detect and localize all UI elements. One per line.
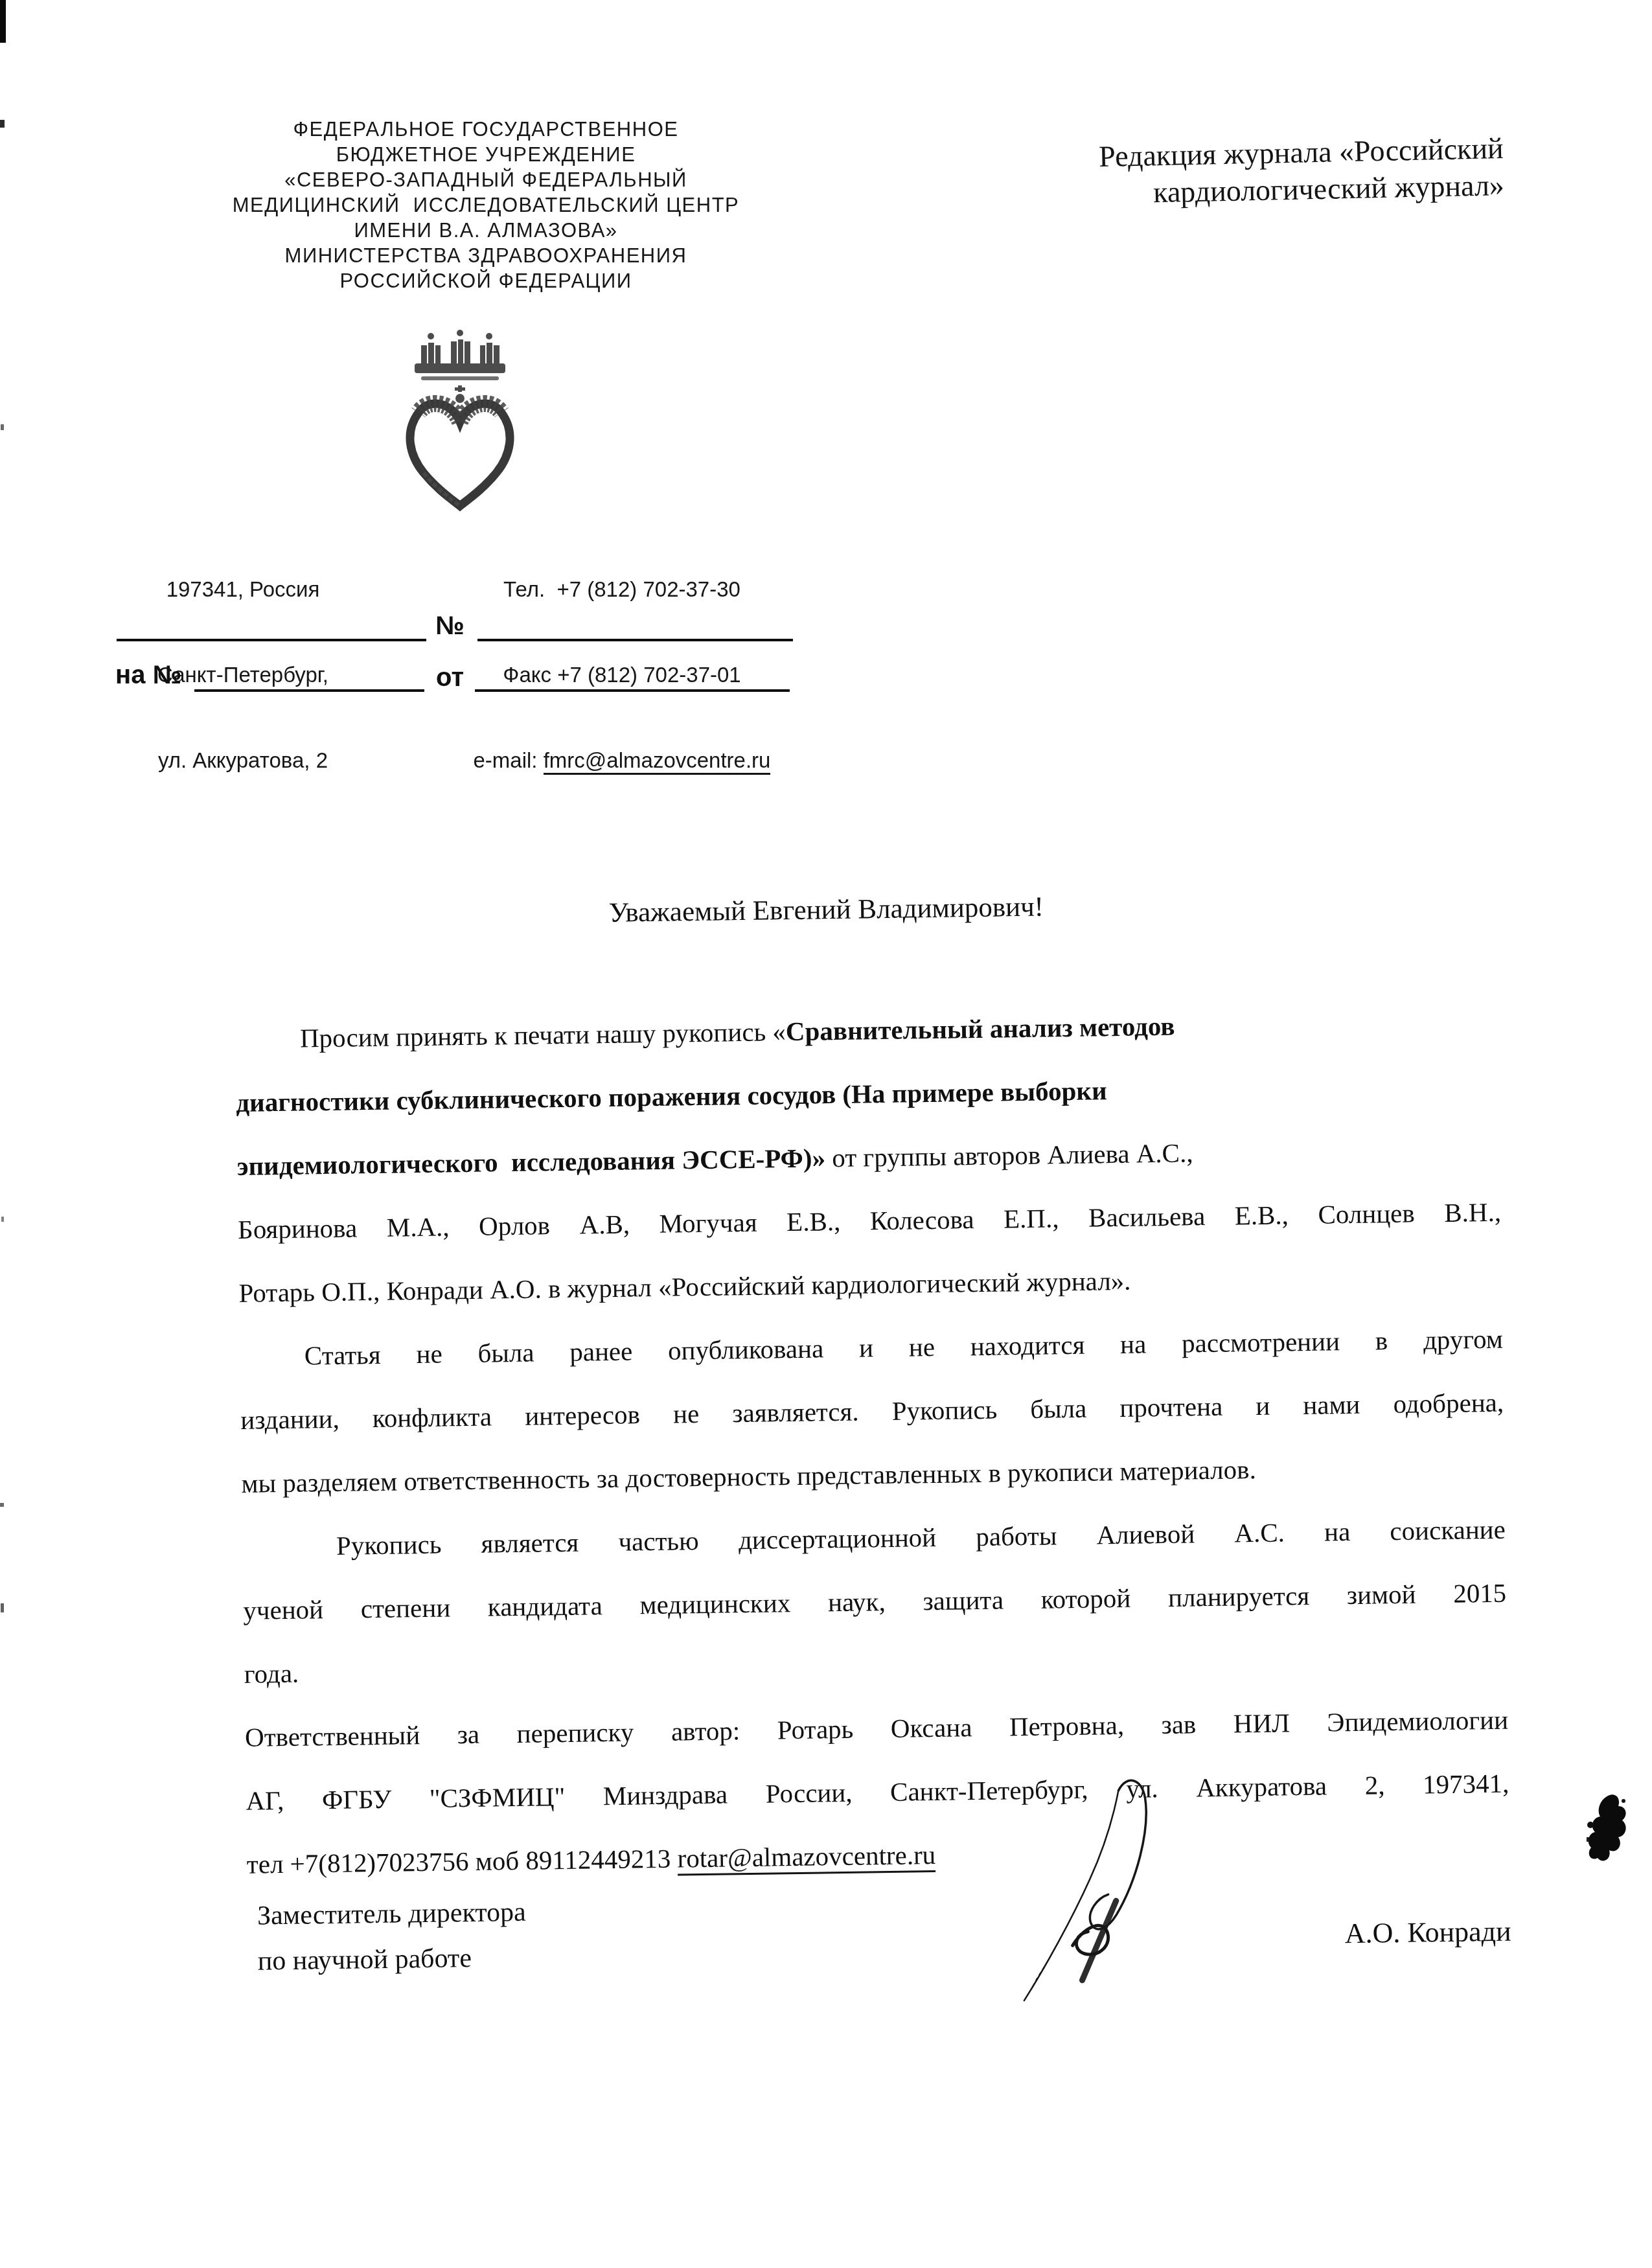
email-link[interactable]: rotar@almazovcentre.ru xyxy=(677,1840,935,1876)
letterhead-org-line: МИНИСТЕРСТВА ЗДРАВООХРАНЕНИЯ xyxy=(194,243,777,268)
letterhead-org-line: ФЕДЕРАЛЬНОЕ ГОСУДАРСТВЕННОЕ xyxy=(194,117,777,142)
reply-number-rule xyxy=(194,689,424,692)
phone-line: Тел. +7 (812) 702-37-30 xyxy=(447,575,797,604)
letter-content: Уважаемый Евгений Владимирович! Просим п… xyxy=(0,877,1652,2234)
fax-line: Факс +7 (812) 702-37-01 xyxy=(447,661,797,689)
reply-date-rule xyxy=(475,689,790,692)
email-link[interactable]: fmrc@almazovcentre.ru xyxy=(544,748,771,775)
scanned-letter-page: ФЕДЕРАЛЬНОЕ ГОСУДАРСТВЕННОЕБЮДЖЕТНОЕ УЧР… xyxy=(0,0,1652,2268)
handwritten-signature xyxy=(994,1770,1230,2010)
signatory-name: А.О. Конради xyxy=(1297,1915,1511,1951)
scan-speck xyxy=(1,424,4,430)
letterhead-org-line: РОССИЙСКОЙ ФЕДЕРАЦИИ xyxy=(194,268,777,293)
number-sign-label: № xyxy=(435,612,465,641)
letter-body: Просим принять к печати нашу рукопись «С… xyxy=(235,990,1510,1896)
reply-date-label: от xyxy=(436,663,464,693)
letterhead-org-line: МЕДИЦИНСКИЙ ИССЛЕДОВАТЕЛЬСКИЙ ЦЕНТР xyxy=(194,192,777,218)
salutation: Уважаемый Евгений Владимирович! xyxy=(0,882,1652,937)
signatory-position: Заместитель директора по научной работе xyxy=(257,1890,527,1984)
address-line-3: ул. Аккуратова, 2 xyxy=(136,746,350,775)
letterhead-org-line: БЮДЖЕТНОЕ УЧРЕЖДЕНИЕ xyxy=(194,142,777,167)
outgoing-date-rule xyxy=(477,639,793,641)
heart-crown-logo-icon xyxy=(395,326,525,517)
signatory-position-line-2: по научной работе xyxy=(257,1935,527,1984)
email-line: e-mail: fmrc@almazovcentre.ru xyxy=(447,746,797,775)
letterhead-org-line: ИМЕНИ В.А. АЛМАЗОВА» xyxy=(194,218,777,243)
scan-speck xyxy=(0,120,5,128)
email-label: e-mail: xyxy=(474,748,544,772)
scan-speck xyxy=(0,1503,4,1507)
letterhead-org-name: ФЕДЕРАЛЬНОЕ ГОСУДАРСТВЕННОЕБЮДЖЕТНОЕ УЧР… xyxy=(194,117,777,293)
scan-speck xyxy=(1,1603,4,1612)
phone-fax-email: Тел. +7 (812) 702-37-30 Факс +7 (812) 70… xyxy=(447,518,797,832)
address-line-1: 197341, Россия xyxy=(136,575,350,604)
scanner-edge-mark xyxy=(0,0,6,43)
scan-speck xyxy=(1,1217,4,1222)
letterhead-org-line: «СЕВЕРО-ЗАПАДНЫЙ ФЕДЕРАЛЬНЫЙ xyxy=(194,167,777,192)
addressee-block: Редакция журнала «Российский кардиологич… xyxy=(985,130,1504,214)
outgoing-number-rule xyxy=(117,639,426,641)
reply-to-number-label: на № xyxy=(115,661,181,690)
ink-blob-artifact xyxy=(1586,1789,1631,1870)
signatory-position-line-1: Заместитель директора xyxy=(257,1890,526,1939)
